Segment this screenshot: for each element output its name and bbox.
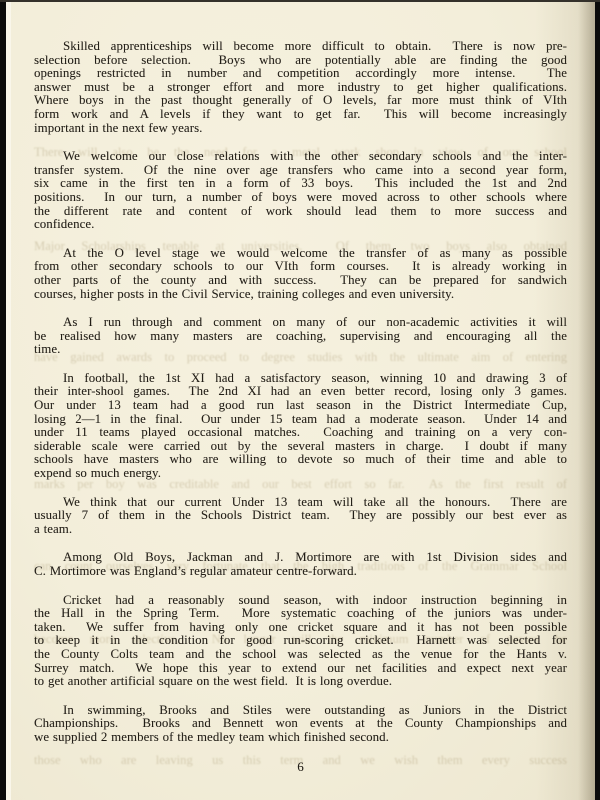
text-line: Among Old Boys, Jackman and J. Mortimore…: [34, 551, 567, 565]
text-line: openings restricted in number and compet…: [34, 67, 567, 81]
paragraph: As I run through and comment on many of …: [34, 316, 567, 357]
text-line: other parts of the county and with succe…: [34, 274, 567, 288]
text-line: to keep it in the condition for good run…: [34, 634, 567, 648]
text-line: time.: [34, 343, 567, 357]
text-block: Skilled apprenticeships will become more…: [34, 40, 567, 773]
text-line: In swimming, Brooks and Stiles were outs…: [34, 704, 567, 718]
text-line: Skilled apprenticeships will become more…: [34, 40, 567, 54]
right-scan-border: [595, 0, 600, 800]
paragraph: We welcome our close relations with the …: [34, 150, 567, 232]
text-line: We welcome our close relations with the …: [34, 150, 567, 164]
text-line: the different rate and content of work s…: [34, 205, 567, 219]
right-edge-shadow: [578, 0, 595, 800]
text-line: be realised how many masters are coachin…: [34, 330, 567, 344]
scanned-page: There will also be the need for a metal …: [0, 0, 600, 800]
text-line: form work and A levels if they want to g…: [34, 108, 567, 122]
text-line: Cricket had a reasonably sound season, w…: [34, 594, 567, 608]
text-line: their inter-shool games. The 2nd XI had …: [34, 385, 567, 399]
text-line: a team.: [34, 523, 567, 537]
page-number: 6: [34, 760, 567, 774]
text-line: C. Mortimore was England’s regular amate…: [34, 565, 567, 579]
paragraph: Cricket had a reasonably sound season, w…: [34, 594, 567, 689]
text-line: losing 2—1 in the final. Our under 15 te…: [34, 413, 567, 427]
paragraph: In swimming, Brooks and Stiles were outs…: [34, 704, 567, 745]
text-line: the County Colts team and the school was…: [34, 648, 567, 662]
left-scan-border: [0, 0, 6, 800]
text-line: In football, the 1st XI had a satisfacto…: [34, 372, 567, 386]
paragraph: Skilled apprenticeships will become more…: [34, 40, 567, 135]
text-line: confidence.: [34, 218, 567, 232]
top-scan-border: [0, 0, 600, 2]
paragraph: Among Old Boys, Jackman and J. Mortimore…: [34, 551, 567, 578]
text-line: siderable scale were carried out by the …: [34, 440, 567, 454]
text-line: the Hall in the Spring Term. More system…: [34, 607, 567, 621]
left-page-edge: [6, 0, 11, 800]
paragraph: At the O level stage we would welcome th…: [34, 247, 567, 301]
text-line: Surrey match. We hope this year to exten…: [34, 662, 567, 676]
text-line: important in the next few years.: [34, 122, 567, 136]
text-line: to get another artificial square on the …: [34, 675, 567, 689]
paragraph: We think that our current Under 13 team …: [34, 496, 567, 537]
text-line: answer must be a stronger effort and mor…: [34, 81, 567, 95]
text-line: from other secondary schools to our VIth…: [34, 260, 567, 274]
text-line: transfer system. Of the nine over age tr…: [34, 164, 567, 178]
text-line: usually 7 of them in the Schools Distric…: [34, 509, 567, 523]
text-line: under 11 teams played occasional matches…: [34, 426, 567, 440]
text-line: positions. In our turn, a number of boys…: [34, 191, 567, 205]
text-line: taken. We suffer from having only one cr…: [34, 621, 567, 635]
text-line: As I run through and comment on many of …: [34, 316, 567, 330]
text-line: selection before selection. Boys who are…: [34, 54, 567, 68]
text-line: Our under 13 team had a good run last se…: [34, 399, 567, 413]
text-line: six came in the first ten in a form of 3…: [34, 177, 567, 191]
text-line: we supplied 2 members of the medley team…: [34, 731, 567, 745]
text-line: We think that our current Under 13 team …: [34, 496, 567, 510]
text-line: courses, higher posts in the Civil Servi…: [34, 288, 567, 302]
text-line: Where boys in the past thought generally…: [34, 94, 567, 108]
text-line: Championships. Brooks and Bennett won ev…: [34, 717, 567, 731]
paragraph: In football, the 1st XI had a satisfacto…: [34, 372, 567, 481]
text-line: At the O level stage we would welcome th…: [34, 247, 567, 261]
text-line: expend so much energy.: [34, 467, 567, 481]
text-line: schools have masters who are willing to …: [34, 453, 567, 467]
